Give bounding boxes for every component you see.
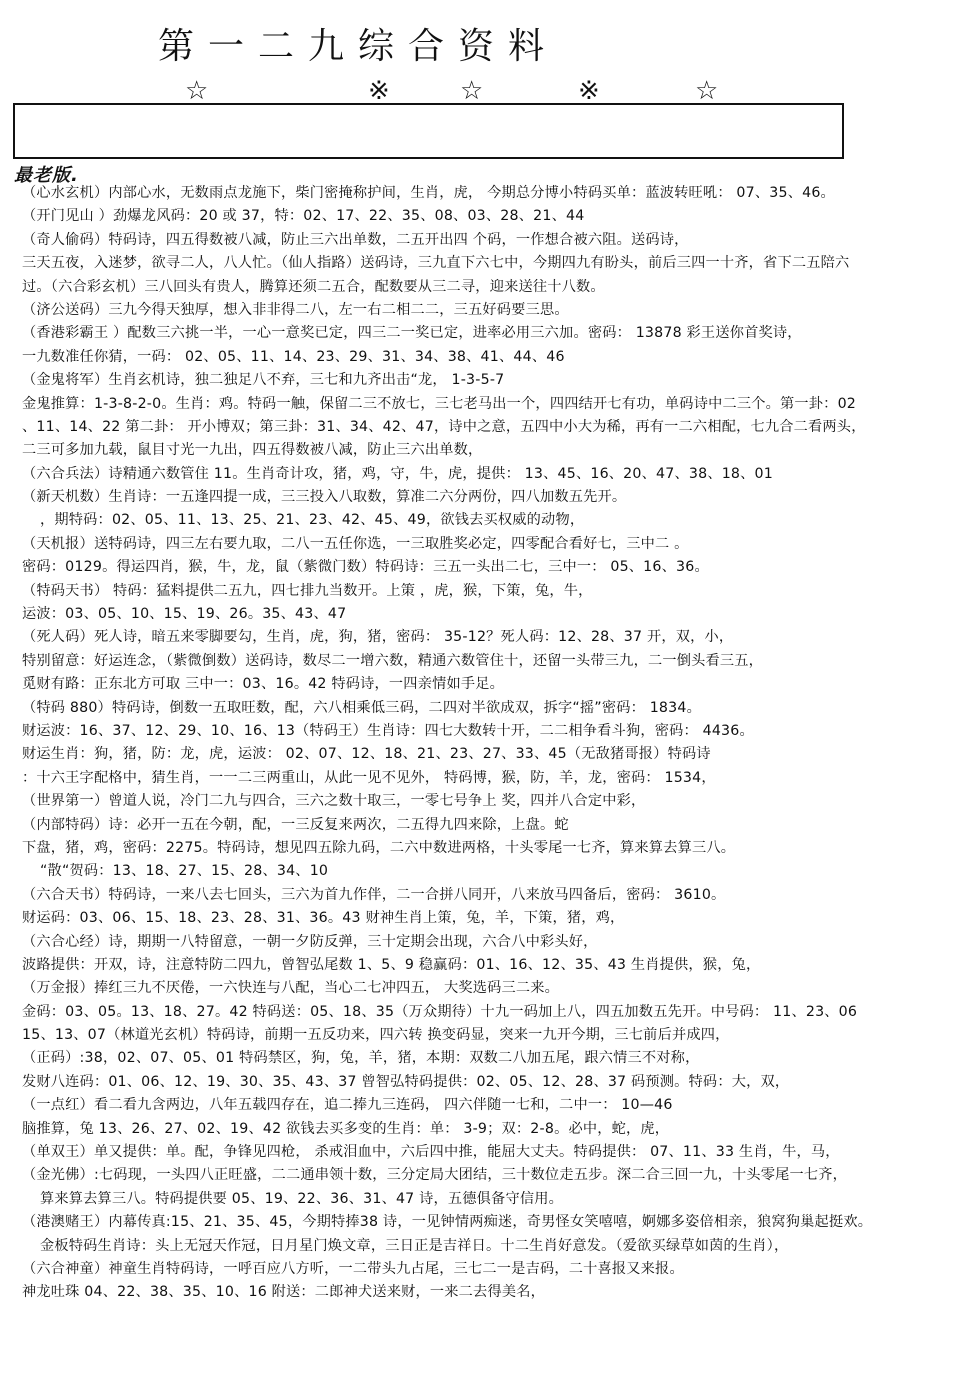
- text-line: 神龙吐珠 04、22、38、35、10、16 附送：二郎神犬送来财，一来二去得美…: [22, 1281, 972, 1304]
- decorative-symbol-row: ☆ ※ ☆ ※ ☆: [0, 76, 973, 106]
- text-line: （特码天书） 特码：猛料提供二五九，四七排九当数开。上策 ，虎，猴，下策，兔，牛…: [22, 580, 972, 603]
- text-line: 算来算去算三八。特码提供要 05、19、22、36、31、47 诗，五德俱备守信…: [22, 1188, 972, 1211]
- page-title: 第一二九综合资料: [158, 18, 558, 69]
- text-line: 金板特码生肖诗：头上无冠天作冠，日月星门焕文章，三日正是吉祥日。十二生肖好意发。…: [22, 1235, 972, 1258]
- text-line: （天机报）送特码诗，四三左右要九取，二八一五任你选，一三取胜奖必定，四零配合看好…: [22, 533, 972, 556]
- content-lines: （心水玄机）内部心水，无数雨点龙施下，柴门密掩称护间，生肖，虎， 今期总分博小特…: [22, 182, 972, 1305]
- text-line: 财运波：16、37、12、29、10、16、13（特码王）生肖诗：四七大数转十开…: [22, 720, 972, 743]
- text-line: （港澳赌王）内幕传真:15、21、35、45，今期特捧38 诗，一见钟情两痴迷，…: [22, 1211, 972, 1234]
- text-line: （心水玄机）内部心水，无数雨点龙施下，柴门密掩称护间，生肖，虎， 今期总分博小特…: [22, 182, 972, 205]
- text-line: 觅财有路：正东北方可取 三中一：03、16。42 特码诗，一四亲情如手足。: [22, 673, 972, 696]
- text-line: 特别留意：好运连念，（紫微倒数）送码诗，数尽二一增六数，精通六数管住十，还留一头…: [22, 650, 972, 673]
- text-line: 、11、14、22 第二卦： 开小博双；第三卦：31、34、42、47，诗中之意…: [22, 416, 972, 439]
- text-line: （六合神童）神童生肖特码诗，一呼百应八方听，一二带头九占尾，三七二一是吉码，二十…: [22, 1258, 972, 1281]
- text-line: “散“贺码：13、18、27、15、28、34、10: [22, 860, 972, 883]
- text-line: 三天五夜，入迷梦，欲寻二人，八人忙。（仙人指路）送码诗，三九直下六七中，今期四九…: [22, 252, 972, 275]
- text-line: 密码：0129。得运四肖，猴，牛，龙，鼠（紫微门数）特码诗：三五一头出二七，三中…: [22, 556, 972, 579]
- text-line: 过。（六合彩玄机）三八回头有贵人，腾算还须二五合，配数要从三二寻，迎来送往十八数…: [22, 276, 972, 299]
- text-line: （开门见山 ）劲爆龙风码：20 或 37，特：02、17、22、35、08、03…: [22, 205, 972, 228]
- text-line: 15、13、07（林道光玄机）特码诗，前期一五反功来，四六转 换变码显，突来一九…: [22, 1024, 972, 1047]
- text-line: 二三可多加九载，鼠目寸光一九出，四五得数被八减，防止三六出单数，: [22, 439, 972, 462]
- text-line: （六合天书）特码诗，一来八去七回头，三六为首九作伴，二一合拼八同开，八来放马四备…: [22, 884, 972, 907]
- text-line: （六合兵法）诗精通六数管住 11。生肖奇计攻，猪，鸡，守，牛，虎，提供： 13、…: [22, 463, 972, 486]
- blank-banner-box: [13, 103, 844, 159]
- text-line: ，期特码：02、05、11、13、25、21、23、42、45、49，欲钱去买权…: [22, 509, 972, 532]
- text-line: （正码）:38，02、07、05、01 特码禁区，狗，兔，羊，猪，本期：双数二八…: [22, 1047, 972, 1070]
- text-line: （金光佛）:七码现，一头四八正旺盛，二二通串领十数，三分定局大团结，三十数位走五…: [22, 1164, 972, 1187]
- star-icon: ☆: [695, 76, 718, 106]
- star-icon: ☆: [185, 76, 208, 106]
- text-line: 金鬼推算：1-3-8-2-0。生肖：鸡。特码一触，保留二三不放七，三七老马出一个…: [22, 393, 972, 416]
- star-icon: ☆: [460, 76, 483, 106]
- text-line: 运波：03、05、10、15、19、26。35、43、47: [22, 603, 972, 626]
- text-line: （新天机数）生肖诗：一五逢四提一成，三三投入八取数，算准二六分两份，四八加数五先…: [22, 486, 972, 509]
- text-line: （六合心经）诗，期期一八特留意，一朝一夕防反弹，三十定期会出现，六合八中彩头好，: [22, 931, 972, 954]
- text-line: 一九数准任你猜，一码： 02、05、11、14、23、29、31、34、38、4…: [22, 346, 972, 369]
- text-line: ：十六王字配格中，猜生肖，一一二三两重山，从此一见不见外， 特码博，猴，防，羊，…: [22, 767, 972, 790]
- text-line: （香港彩霸王 ）配数三六挑一半，一心一意奖已定，四三二一奖已定，进率必用三六加。…: [22, 322, 972, 345]
- text-line: （世界第一）曾道人说，冷门二九与四合，三六之数十取三，一零七号争上 奖，四并八合…: [22, 790, 972, 813]
- text-line: （特码 880）特码诗，倒数一五取旺数，配，六八相乘低三码，二四对半欲成双，拆字…: [22, 697, 972, 720]
- text-line: 财运生肖：狗，猪，防：龙，虎，运波： 02、07、12、18、21、23、27、…: [22, 743, 972, 766]
- text-line: 下盘，猪，鸡，密码：2275。特码诗，想见四五除九码，二六中数进两格，十头零尾一…: [22, 837, 972, 860]
- text-line: （济公送码）三九今得天独厚，想入非非得二八，左一右二相二二，三五好码要三思。: [22, 299, 972, 322]
- text-line: 金码：03、05。13、18、27。42 特码送：05、18、35（万众期待）十…: [22, 1001, 972, 1024]
- text-line: （内部特码）诗：必开一五在今朝，配，一三反复来两次，二五得九四来除，上盘。蛇: [22, 814, 972, 837]
- text-line: （万金报）捧红三九不厌倦，一六快连与八配，当心二七冲四五， 大奖选码三二来。: [22, 977, 972, 1000]
- text-line: （奇人偷码）特码诗，四五得数被八减，防止三六出单数，二五开出四 个码，一作想合被…: [22, 229, 972, 252]
- text-line: （单双王）单又提供：单。配，争锋见四枪， 杀戒泪血中，六后四中推，能屈大丈夫。特…: [22, 1141, 972, 1164]
- text-line: 脑推算，兔 13、26、27、02、19、42 欲钱去买多变的生肖：单： 3-9…: [22, 1118, 972, 1141]
- text-line: 发财八连码：01、06、12、19、30、35、43、37 曾智弘特码提供：02…: [22, 1071, 972, 1094]
- reference-mark-icon: ※: [368, 76, 390, 106]
- text-line: 波路提供：开双，诗，注意特防二四九，曾智弘尾数 1、5、9 稳赢码：01、16、…: [22, 954, 972, 977]
- text-line: （死人码）死人诗，暗五来零脚要勾，生肖，虎，狗，猪，密码： 35-12？死人码：…: [22, 626, 972, 649]
- text-line: 财运码：03、06、15、18、23、28、31、36。43 财神生肖上策，兔，…: [22, 907, 972, 930]
- text-line: （金鬼将军）生肖玄机诗，独二独足八不弃，三七和九齐出击“龙， 1-3-5-7: [22, 369, 972, 392]
- text-line: （一点红）看二看九含两边，八年五载四存在，追二捧九三连码， 四六伴随一七和，二中…: [22, 1094, 972, 1117]
- reference-mark-icon: ※: [578, 76, 600, 106]
